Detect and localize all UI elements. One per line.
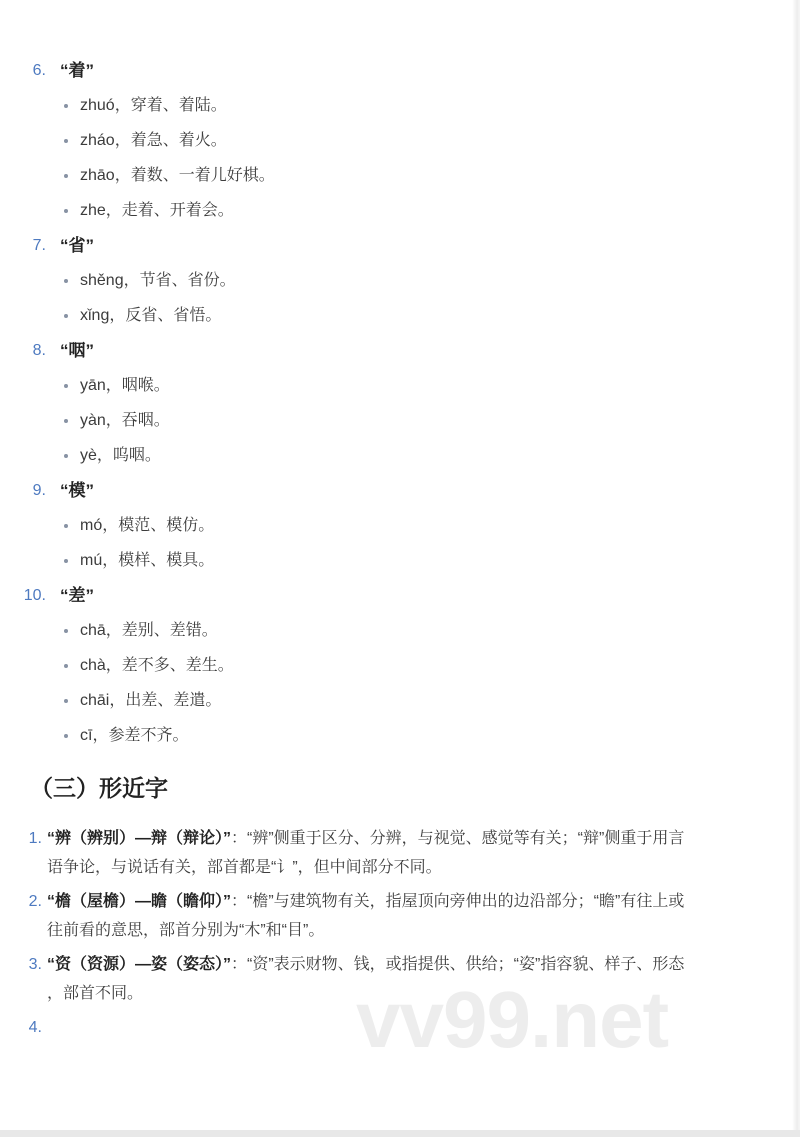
reading-item: yàn，吞咽。 — [0, 411, 770, 431]
bullet-icon — [62, 96, 80, 116]
list-number: 3. — [0, 950, 42, 979]
document-page: vv99.net 6. “着” zhuó，穿着、着陆。 zháo，着急、着火。 … — [0, 0, 800, 1137]
reading-text: zhe，走着、开着会。 — [80, 201, 234, 221]
list-item-heading: 6. “着” — [0, 61, 770, 81]
character-term: “省” — [60, 236, 94, 256]
list-number: 8. — [0, 341, 46, 361]
bullet-icon — [62, 446, 80, 466]
bullet-icon — [62, 271, 80, 291]
list-number: 7. — [0, 236, 46, 256]
reading-item: yè，呜咽。 — [0, 446, 770, 466]
paragraph-line: 语争论，与说话有关，部首都是“讠”，但中间部分不同。 — [47, 853, 750, 882]
reading-text: xǐng，反省、省悟。 — [80, 306, 221, 326]
list-number: 10. — [0, 586, 46, 606]
numbered-paragraph: 2. “檐（屋檐）—瞻（瞻仰）”：“檐”与建筑物有关，指屋顶向旁伸出的边沿部分；… — [0, 887, 776, 945]
list-item-heading: 8. “咽” — [0, 341, 770, 361]
bullet-icon — [62, 201, 80, 221]
character-term: “差” — [60, 586, 94, 606]
reading-text: yān，咽喉。 — [80, 376, 170, 396]
paragraph-line: ，部首不同。 — [47, 979, 750, 1008]
reading-text: shěng，节省、省份。 — [80, 271, 236, 291]
term-pair: “资（资源）—姿（姿态）” — [47, 956, 231, 973]
reading-item: zhuó，穿着、着陆。 — [0, 96, 770, 116]
paragraph-body: “辨（辨别）—辩（辩论）”：“辨”侧重于区分、分辨，与视觉、感觉等有关；“辩”侧… — [47, 824, 776, 882]
reading-item: zhāo，着数、一着儿好棋。 — [0, 166, 770, 186]
bullet-icon — [62, 376, 80, 396]
reading-text: mó，模范、模仿。 — [80, 516, 214, 536]
list-item-heading: 9. “模” — [0, 481, 770, 501]
reading-item: chā，差别、差错。 — [0, 621, 770, 641]
reading-text: chā，差别、差错。 — [80, 621, 218, 641]
bullet-icon — [62, 691, 80, 711]
page-right-edge — [788, 0, 800, 1137]
explanation-text: ：“辨”侧重于区分、分辨，与视觉、感觉等有关；“辩”侧重于用言 — [231, 830, 684, 847]
reading-text: mú，模样、模具。 — [80, 551, 214, 571]
list-number: 4. — [0, 1013, 42, 1042]
page-bottom-edge — [0, 1130, 800, 1137]
bullet-icon — [62, 726, 80, 746]
reading-text: zhuó，穿着、着陆。 — [80, 96, 227, 116]
section-heading: （三）形近字 — [30, 772, 168, 804]
list-item-heading: 7. “省” — [0, 236, 770, 256]
bullet-icon — [62, 166, 80, 186]
reading-item: chà，差不多、差生。 — [0, 656, 770, 676]
reading-text: yàn，吞咽。 — [80, 411, 170, 431]
reading-text: zhāo，着数、一着儿好棋。 — [80, 166, 275, 186]
bullet-icon — [62, 656, 80, 676]
reading-item: chāi，出差、差遣。 — [0, 691, 770, 711]
numbered-paragraph: 4. — [0, 1013, 776, 1042]
bullet-icon — [62, 131, 80, 151]
character-term: “着” — [60, 61, 94, 81]
reading-item: zháo，着急、着火。 — [0, 131, 770, 151]
reading-item: xǐng，反省、省悟。 — [0, 306, 770, 326]
reading-text: zháo，着急、着火。 — [80, 131, 227, 151]
term-pair: “辨（辨别）—辩（辩论）” — [47, 830, 231, 847]
similar-characters-list: 1. “辨（辨别）—辩（辩论）”：“辨”侧重于区分、分辨，与视觉、感觉等有关；“… — [0, 824, 776, 1047]
paragraph-line: 往前看的意思，部首分别为“木”和“目”。 — [47, 916, 750, 945]
bullet-icon — [62, 411, 80, 431]
reading-item: yān，咽喉。 — [0, 376, 770, 396]
paragraph-line: “资（资源）—姿（姿态）”：“资”表示财物、钱，或指提供、供给；“姿”指容貌、样… — [47, 950, 750, 979]
explanation-text: ：“资”表示财物、钱，或指提供、供给；“姿”指容貌、样子、形态 — [231, 956, 684, 973]
reading-text: cī，参差不齐。 — [80, 726, 188, 746]
list-number: 6. — [0, 61, 46, 81]
reading-text: chāi，出差、差遣。 — [80, 691, 221, 711]
paragraph-line: “辨（辨别）—辩（辩论）”：“辨”侧重于区分、分辨，与视觉、感觉等有关；“辩”侧… — [47, 824, 750, 853]
bullet-icon — [62, 306, 80, 326]
reading-item: zhe，走着、开着会。 — [0, 201, 770, 221]
reading-item: mó，模范、模仿。 — [0, 516, 770, 536]
character-term: “咽” — [60, 341, 94, 361]
list-item-heading: 10. “差” — [0, 586, 770, 606]
numbered-paragraph: 3. “资（资源）—姿（姿态）”：“资”表示财物、钱，或指提供、供给；“姿”指容… — [0, 950, 776, 1008]
paragraph-body: “资（资源）—姿（姿态）”：“资”表示财物、钱，或指提供、供给；“姿”指容貌、样… — [47, 950, 776, 1008]
bullet-icon — [62, 621, 80, 641]
list-number: 2. — [0, 887, 42, 916]
reading-text: yè，呜咽。 — [80, 446, 161, 466]
explanation-text: ：“檐”与建筑物有关，指屋顶向旁伸出的边沿部分；“瞻”有往上或 — [231, 893, 684, 910]
reading-item: shěng，节省、省份。 — [0, 271, 770, 291]
polyphonic-list: 6. “着” zhuó，穿着、着陆。 zháo，着急、着火。 zhāo，着数、一… — [0, 61, 770, 761]
list-number: 9. — [0, 481, 46, 501]
bullet-icon — [62, 516, 80, 536]
reading-item: mú，模样、模具。 — [0, 551, 770, 571]
list-number: 1. — [0, 824, 42, 853]
reading-text: chà，差不多、差生。 — [80, 656, 234, 676]
character-term: “模” — [60, 481, 94, 501]
reading-item: cī，参差不齐。 — [0, 726, 770, 746]
numbered-paragraph: 1. “辨（辨别）—辩（辩论）”：“辨”侧重于区分、分辨，与视觉、感觉等有关；“… — [0, 824, 776, 882]
term-pair: “檐（屋檐）—瞻（瞻仰）” — [47, 893, 231, 910]
bullet-icon — [62, 551, 80, 571]
paragraph-line: “檐（屋檐）—瞻（瞻仰）”：“檐”与建筑物有关，指屋顶向旁伸出的边沿部分；“瞻”… — [47, 887, 750, 916]
paragraph-body: “檐（屋檐）—瞻（瞻仰）”：“檐”与建筑物有关，指屋顶向旁伸出的边沿部分；“瞻”… — [47, 887, 776, 945]
